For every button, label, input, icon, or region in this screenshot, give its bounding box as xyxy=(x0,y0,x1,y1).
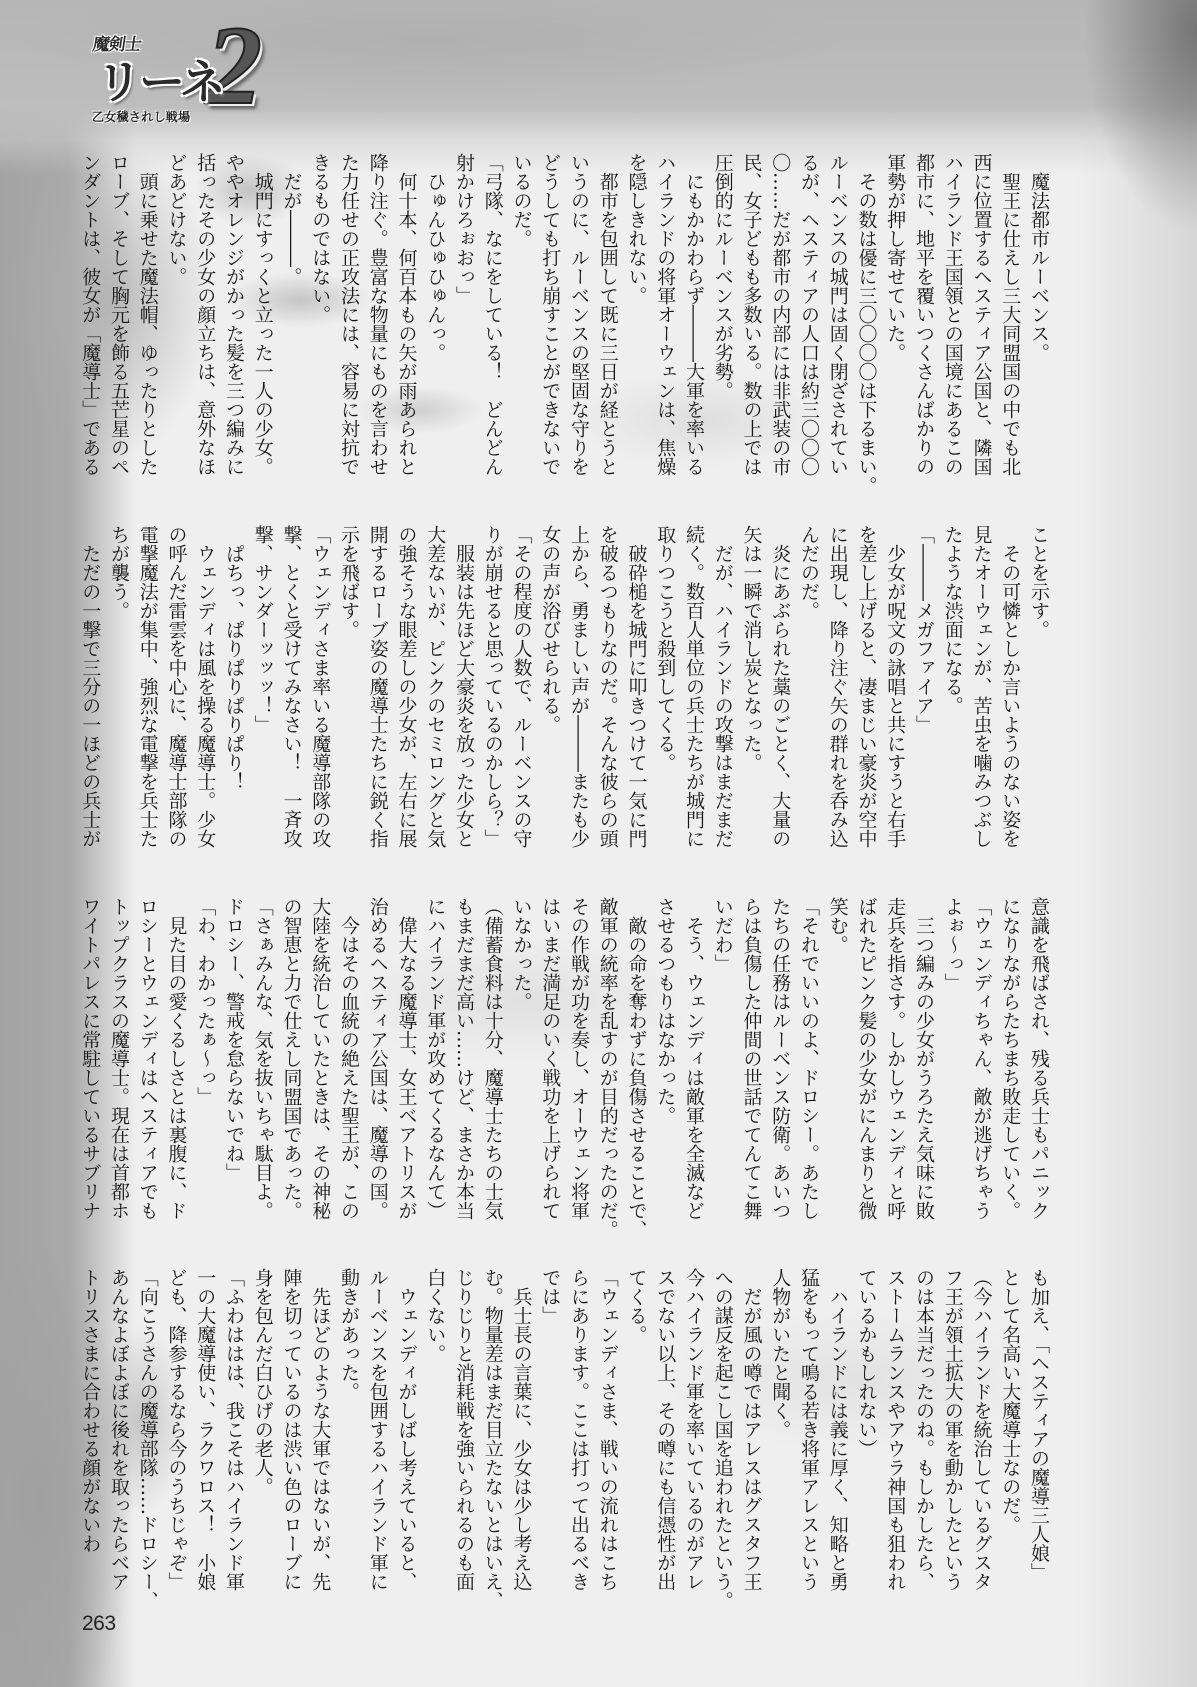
text-tier-4: も加え、「ヘスティアの魔導三人娘」 として名高い大魔導士なのだ。 （今ハイランド… xyxy=(75,1268,1053,1603)
text-column: たちの任務はルーベンス防衛。あいつ xyxy=(766,897,795,1232)
series-logo: 2 魔剣士 リーネ 乙女穢されし戦場 xyxy=(88,18,298,133)
text-tier-1: 魔法都市ルーベンス。 聖王に仕えし三大同盟国の中でも北 西に位置するヘスティア公… xyxy=(75,153,1053,488)
text-column: その可憐としか言いようのない姿を xyxy=(996,525,1025,860)
text-column: の智恵と力で仕えし同盟国であった。 xyxy=(277,897,306,1232)
text-column: らは負傷した仲間の世話でてんてこ舞 xyxy=(737,897,766,1232)
text-column: 人物がいたと聞く。 xyxy=(766,1268,795,1603)
text-column: 服装は先ほど大豪炎を放った少女と xyxy=(449,525,478,860)
text-column: として名高い大魔導士なのだ。 xyxy=(996,1268,1025,1603)
text-column: 開するローブ姿の魔導士たちに鋭く指 xyxy=(363,525,392,860)
text-column: ハイランド王国領との国境にあるこの xyxy=(938,153,967,488)
text-column: いだわ」 xyxy=(708,897,737,1232)
text-column: 「それでいいのよ、ドロシー。あたし xyxy=(794,897,823,1232)
text-column: どあどけない。 xyxy=(162,153,191,488)
text-tier-2: ことを示す。 その可憐としか言いようのない姿を 見たオーウェンが、苦虫を噛みつぶ… xyxy=(75,525,1053,860)
logo-subtitle: 乙女穢されし戦場 xyxy=(92,108,190,125)
text-column: いるのだ。 xyxy=(507,153,536,488)
text-column: 括ったその少女の顔立ちは、意外なほ xyxy=(191,153,220,488)
text-column: だが―――。 xyxy=(277,153,306,488)
text-column: 「わ、わかったぁ～っ」 xyxy=(191,897,220,1232)
text-column: （今ハイランドを統治しているグスタ xyxy=(967,1268,996,1603)
text-column: 圧倒的にルーベンスが劣勢。 xyxy=(708,153,737,488)
text-column: ウェンディは風を操る魔導士。少女 xyxy=(191,525,220,860)
text-column: んだのだ。 xyxy=(794,525,823,860)
text-column: 聖王に仕えし三大同盟国の中でも北 xyxy=(996,153,1025,488)
text-column: 「向こうさんの魔導部隊……ドロシー、 xyxy=(133,1268,162,1603)
text-column: るが、ヘスティアの人口は約三〇〇〇 xyxy=(794,153,823,488)
text-column: 「ふわははは、我こそはハイランド軍 xyxy=(219,1268,248,1603)
text-column: 大陸を統治していたときは、その神秘 xyxy=(306,897,335,1232)
text-column: トリスさまに合わせる顔がないわ xyxy=(76,1268,105,1603)
text-column: 撃、サンダーッッッ！」 xyxy=(248,525,277,860)
text-column: 射かけろぉおっ」 xyxy=(449,153,478,488)
text-column: 敵軍の統率を乱すのが目的だったのだ。 xyxy=(593,897,622,1232)
text-column: への謀反を起こし国を追われたという。 xyxy=(708,1268,737,1603)
text-column: 陣を切っているのは渋い色のローブに xyxy=(277,1268,306,1603)
text-column: の呼んだ雷雲を中心に、魔導士部隊の xyxy=(162,525,191,860)
text-column: 笑む。 xyxy=(823,897,852,1232)
text-column: らにあります。ここは打って出るべき xyxy=(564,1268,593,1603)
text-column: てくる。 xyxy=(622,1268,651,1603)
text-column: 少女が呪文の詠唱と共にすうと右手 xyxy=(881,525,910,860)
text-column: いなかった。 xyxy=(507,897,536,1232)
text-column: に出現し、降り注ぐ矢の群れを呑み込 xyxy=(823,525,852,860)
text-column: 矢は一瞬で消し炭となった。 xyxy=(737,525,766,860)
text-column: 白くない。 xyxy=(421,1268,450,1603)
text-column: きるものではない。 xyxy=(306,153,335,488)
text-column: 三つ編みの少女がうろたえ気味に敗 xyxy=(909,897,938,1232)
text-column: 〇……だが都市の内部には非武装の市 xyxy=(766,153,795,488)
text-column: ハイランドの将軍オーウェンは、焦燥 xyxy=(651,153,680,488)
text-column: だが風の噂ではアレスはグスタフ王 xyxy=(737,1268,766,1603)
text-column: 続く。数百人単位の兵士たちが城門に xyxy=(679,525,708,860)
text-column: 身を包んだ白ひげの老人。 xyxy=(248,1268,277,1603)
text-column: では」 xyxy=(536,1268,565,1603)
text-column: 大差ないが、ピンクのセミロングと気 xyxy=(421,525,450,860)
text-column: た力任せの正攻法には、容易に対抗で xyxy=(334,153,363,488)
text-column: 一の大魔導使い、ラクワロス！ 小娘 xyxy=(191,1268,220,1603)
text-tier-3: 意識を飛ばされ、残る兵士もパニック になりながらたちまち敗走していく。 「ウェン… xyxy=(75,897,1053,1232)
text-column: 西に位置するヘスティア公国と、隣国 xyxy=(967,153,996,488)
text-column: にもかかわらず―――大軍を率いる xyxy=(679,153,708,488)
text-column: 破砕槌を城門に叩きつけて一気に門 xyxy=(622,525,651,860)
text-column: させるつもりはなかった。 xyxy=(651,897,680,1232)
text-column: どうしても打ち崩すことができないで xyxy=(536,153,565,488)
text-column: 都市に、地平を覆いつくさんばかりの xyxy=(909,153,938,488)
text-column: の強そうな眼差しの少女が、左右に展 xyxy=(392,525,421,860)
text-column: 今はその血統の絶えた聖王が、この xyxy=(334,897,363,1232)
text-column: 動きがあった。 xyxy=(334,1268,363,1603)
text-column: ことを示す。 xyxy=(1024,525,1053,860)
text-column: 城門にすっくと立った一人の少女。 xyxy=(248,153,277,488)
text-column: たような渋面になる。 xyxy=(938,525,967,860)
text-column: スでない以上、その噂にも信憑性が出 xyxy=(651,1268,680,1603)
text-column: フ王が領土拡大の軍を動かしたという xyxy=(938,1268,967,1603)
logo-title-main: リーネ xyxy=(96,46,223,112)
text-column: 女の声が浴びせられる。 xyxy=(536,525,565,860)
text-column: ハイランドには義に厚く、知略と勇 xyxy=(823,1268,852,1603)
text-column: 取りつこうと殺到してくる。 xyxy=(651,525,680,860)
text-column: 意識を飛ばされ、残る兵士もパニック xyxy=(1024,897,1053,1232)
text-column: ワイトパレスに常駐しているサブリナ xyxy=(76,897,105,1232)
text-column: にハイランド軍が攻めてくるなんて） xyxy=(421,897,450,1232)
text-column: ドロシー、警戒を怠らないでね」 xyxy=(219,897,248,1232)
text-column: 「さぁみんな、気を抜いちゃ駄目よ。 xyxy=(248,897,277,1232)
text-column: 「ウェンディちゃん、敵が逃げちゃう xyxy=(967,897,996,1232)
text-column: トップクラスの魔導士。現在は首都ホ xyxy=(104,897,133,1232)
text-column: 「―――メガファイア」 xyxy=(909,525,938,860)
text-column: 示を飛ばす。 xyxy=(334,525,363,860)
text-column: む。物量差はまだ目立たないとはいえ、 xyxy=(478,1268,507,1603)
text-column: を差し上げると、凄まじい豪炎が空中 xyxy=(852,525,881,860)
text-column: その数は優に三〇〇〇〇は下るまい。 xyxy=(852,153,881,488)
text-column: ンダントは、彼女が「魔導士」である xyxy=(76,153,105,488)
text-column: 猛をもって鳴る若き将軍アレスという xyxy=(794,1268,823,1603)
text-column: 何十本、何百本もの矢が雨あられと xyxy=(392,153,421,488)
text-column: その作戦が功を奏し、オーウェン将軍 xyxy=(564,897,593,1232)
text-column: ロシーとウェンディはヘスティアでも xyxy=(133,897,162,1232)
text-column: 電撃魔法が集中、強烈な電撃を兵士た xyxy=(133,525,162,860)
text-column: 走兵を指さす。しかしウェンディと呼 xyxy=(881,897,910,1232)
text-column: もまだまだ高い……けど、まさか本当 xyxy=(449,897,478,1232)
text-column: ているかもしれない） xyxy=(852,1268,881,1603)
text-column: 民、女子どもも多数いる。数の上では xyxy=(737,153,766,488)
text-column: ぱちっ、ぱりぱりぱりぱり！ xyxy=(219,525,248,860)
text-column: そう、ウェンディは敵軍を全滅など xyxy=(679,897,708,1232)
text-column: よぉ～っ」 xyxy=(938,897,967,1232)
text-column: じりじりと消耗戦を強いられるのも面 xyxy=(449,1268,478,1603)
text-column: 降り注ぐ。豊富な物量にものを言わせ xyxy=(363,153,392,488)
text-column: も加え、「ヘスティアの魔導三人娘」 xyxy=(1024,1268,1053,1603)
text-column: 「弓隊、なにをしている！ どんどん xyxy=(478,153,507,488)
text-column: 「ウェンディさま率いる魔導部隊の攻 xyxy=(306,525,335,860)
text-column: 都市を包囲して既に三日が経とうと xyxy=(593,153,622,488)
text-column: はいまだ満足のいく戦功を上げられて xyxy=(536,897,565,1232)
text-column: あんなよぼよぼに後れを取ったらベア xyxy=(104,1268,133,1603)
page-number: 263 xyxy=(82,1612,116,1636)
text-column: 軍勢が押し寄せていた。 xyxy=(881,153,910,488)
text-column: のは本当だったのね。もしかしたら、 xyxy=(909,1268,938,1603)
text-column: 「ウェンディさま、戦いの流れはこち xyxy=(593,1268,622,1603)
text-column: 治めるヘスティア公国は、魔導の国。 xyxy=(363,897,392,1232)
text-column: 今ハイランド軍を率いているのがアレ xyxy=(679,1268,708,1603)
text-column: りが崩せると思っているのかしら？」 xyxy=(478,525,507,860)
text-column: 敵の命を奪わずに負傷させることで、 xyxy=(622,897,651,1232)
text-column: 見たオーウェンが、苦虫を噛みつぶし xyxy=(967,525,996,860)
text-column: 炎にあぶられた藁のごとく、大量の xyxy=(766,525,795,860)
text-column: だが、ハイランドの攻撃はまだまだ xyxy=(708,525,737,860)
text-column: になりながらたちまち敗走していく。 xyxy=(996,897,1025,1232)
text-column: 「その程度の人数で、ルーベンスの守 xyxy=(507,525,536,860)
text-column: 頭に乗せた魔法帽、ゆったりとした xyxy=(133,153,162,488)
text-column: 撃、とくと受けてみなさい！ 一斉攻 xyxy=(277,525,306,860)
text-column: ばれたピンク髪の少女がにんまりと微 xyxy=(852,897,881,1232)
text-column: ストームランスやアウラ神国も狙われ xyxy=(881,1268,910,1603)
text-column: ちが襲う。 xyxy=(104,525,133,860)
text-column: ややオレンジがかった髪を三つ編みに xyxy=(219,153,248,488)
text-column: ルーベンスを包囲するハイランド軍に xyxy=(363,1268,392,1603)
text-column: ローブ、そして胸元を飾る五芒星のペ xyxy=(104,153,133,488)
text-column: 偉大なる魔導士、女王ベアトリスが xyxy=(392,897,421,1232)
text-column: 先ほどのような大軍ではないが、先 xyxy=(306,1268,335,1603)
text-column: ウェンディがしばし考えていると、 xyxy=(392,1268,421,1603)
text-column: 兵士長の言葉に、少女は少し考え込 xyxy=(507,1268,536,1603)
text-column: 魔法都市ルーベンス。 xyxy=(1024,153,1053,488)
text-column: （備蓄食料は十分、魔導士たちの士気 xyxy=(478,897,507,1232)
text-column: を隠しきれない。 xyxy=(622,153,651,488)
novel-page: 2 魔剣士 リーネ 乙女穢されし戦場 魔法都市ルーベンス。 聖王に仕えし三大同盟… xyxy=(0,0,1197,1687)
text-column: いうのに、ルーベンスの堅固な守りを xyxy=(564,153,593,488)
text-column: ルーベンスの城門は固く閉ざされてい xyxy=(823,153,852,488)
text-column: ひゅんひゅひゅんっ。 xyxy=(421,153,450,488)
text-column: ども、降参するなら今のうちじゃぞ」 xyxy=(162,1268,191,1603)
text-column: 見た目の愛くるしさとは裏腹に、ド xyxy=(162,897,191,1232)
text-column: 上から、勇ましい声が―――またも少 xyxy=(564,525,593,860)
text-column: ただの一撃で三分の一ほどの兵士が xyxy=(76,525,105,860)
text-column: を破るつもりなのだ。そんな彼らの頭 xyxy=(593,525,622,860)
